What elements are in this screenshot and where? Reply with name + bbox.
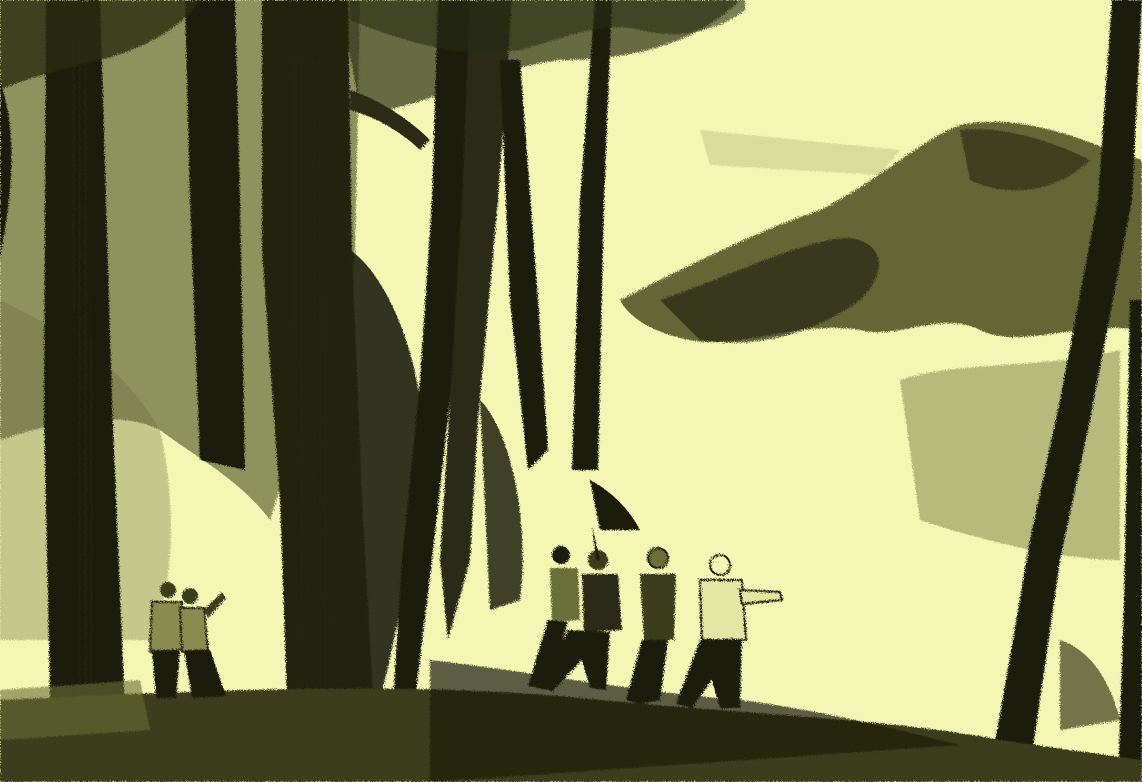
forest-illustration	[0, 0, 1142, 782]
